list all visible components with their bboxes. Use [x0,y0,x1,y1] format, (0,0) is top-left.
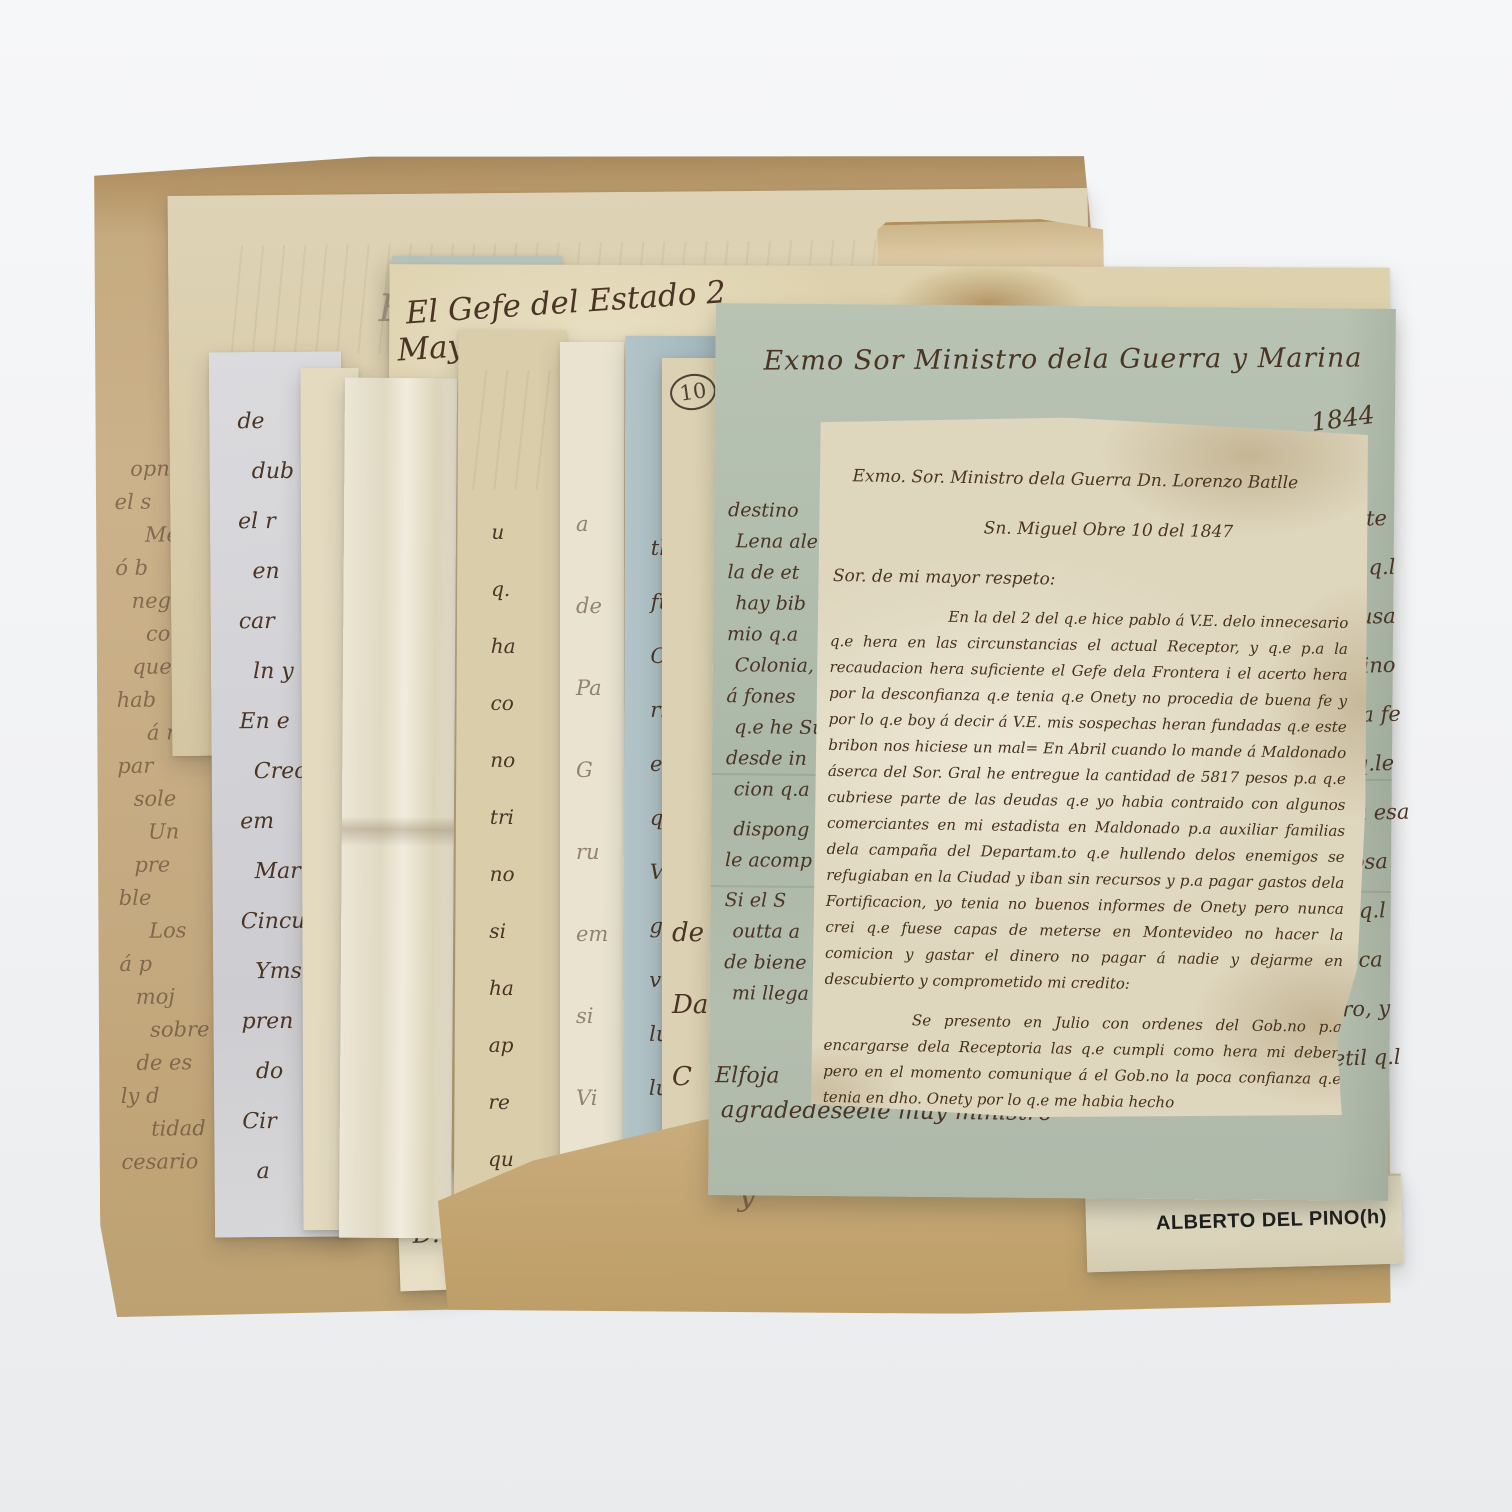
circled-page-number: 10 [668,371,719,413]
letter-salutation: Exmo. Sor. Ministro dela Guerra Dn. Lore… [852,466,1298,493]
paper-front-letter: Exmo. Sor. Ministro dela Guerra Dn. Lore… [807,414,1372,1123]
faint-script-texture [472,370,553,490]
handwriting-fragments-column: dedubel rencarln yEn eCreoemMarCincuYmsp… [237,410,310,1210]
paper-cream-strip-b: adePaGruemsiVigl [560,342,624,1257]
gefe-heading-line1: El Gefe del Estado 2 [405,274,727,331]
letter-dateline: Sn. Miguel Obre 10 del 1847 [984,518,1234,542]
handwriting-fragments-column: adePaGruemsiVigl [576,512,608,1250]
letter-greeting: Sor. de mi mayor respeto: [833,566,1056,589]
paper-cream-strip-a: uq.haconotrinosihaaprequh7 [454,330,567,1283]
gefe-heading-line2: May [396,328,466,368]
letter-body: En la del 2 del q.e hice pablo á V.E. de… [823,602,1349,1118]
letter-paragraph-2: Se presento en Julio con ordenes del Gob… [823,1006,1343,1118]
letter-paragraph-1: En la del 2 del q.e hice pablo á V.E. de… [824,602,1348,1000]
paper-white-folded-strip [339,378,457,1239]
green-bottom-fragment: Elfoja [715,1063,780,1089]
green-paper-heading: Exmo Sor Ministro dela Guerra y Marina [763,343,1363,377]
collector-stamp-text: ALBERTO DEL PINO(h) [1156,1206,1388,1235]
photo-of-manuscript-pile: opnel sMeceó bnegoconquehabá rparsoleUnp… [0,0,1512,1512]
handwriting-fragments-column: destinoLena alela de ethay bibmio q.aCol… [724,499,827,1014]
